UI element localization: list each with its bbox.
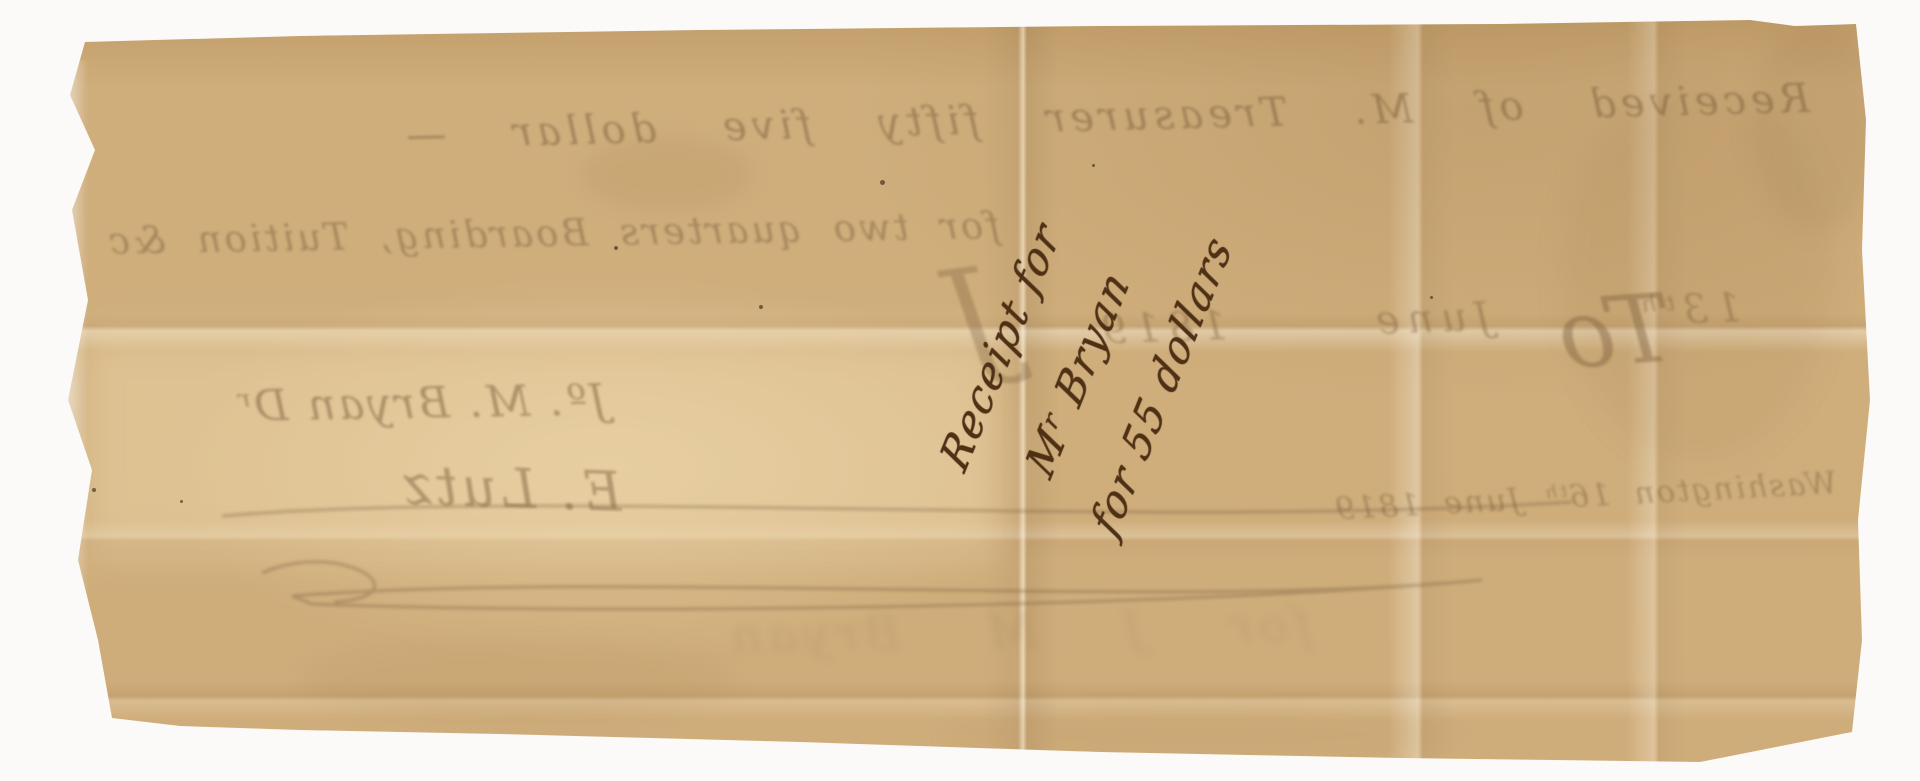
receipt-paper: Received of M. Treasurer fifty five doll… bbox=[62, 20, 1870, 765]
paper-stain bbox=[942, 708, 1462, 762]
ink-speck bbox=[759, 305, 763, 309]
paper-stain bbox=[1752, 20, 1882, 230]
ghost-line-bryan-dr: Jº. M. Bryan Dʳ bbox=[87, 375, 608, 434]
torn-edge-highlight bbox=[62, 60, 88, 720]
ink-speck bbox=[880, 180, 885, 185]
ghost-line-received: Received of M. Treasurer fifty five doll… bbox=[120, 76, 1811, 166]
ink-speck bbox=[180, 500, 183, 503]
ghost-word-to: To bbox=[1418, 273, 1675, 400]
ink-speck bbox=[92, 488, 96, 492]
screenshot-stage: Received of M. Treasurer fifty five doll… bbox=[0, 0, 1920, 781]
signature-flourish-strokes bbox=[202, 478, 1602, 648]
